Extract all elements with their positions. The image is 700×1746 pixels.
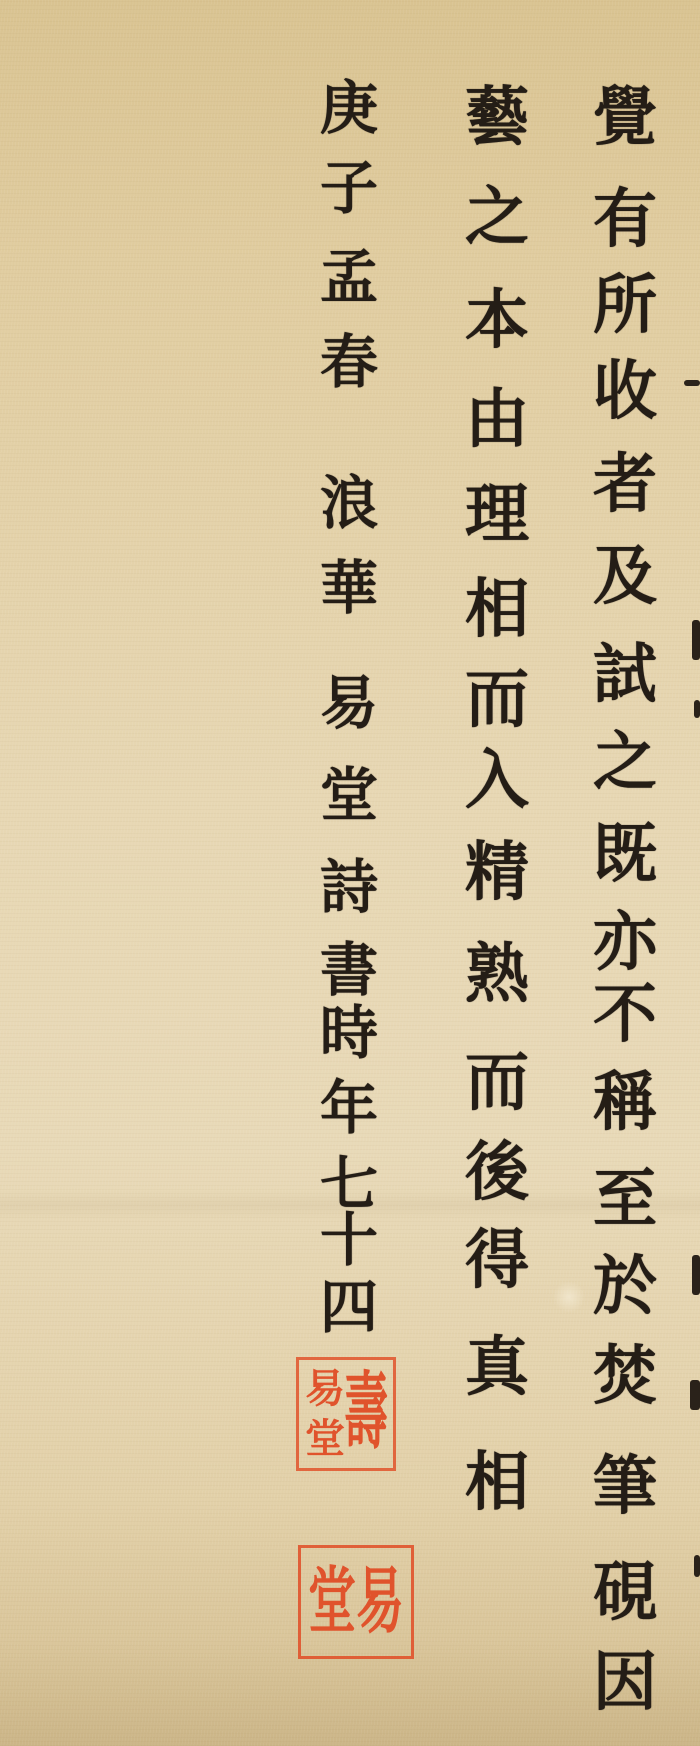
character: 華	[310, 552, 388, 624]
character: 得	[457, 1221, 537, 1301]
character: 不	[585, 975, 665, 1055]
character: 年	[310, 1072, 388, 1144]
seal-character: 易	[303, 1364, 347, 1414]
character: 覺	[585, 78, 665, 158]
character: 詩	[310, 851, 388, 923]
seal-lower: 易 堂	[298, 1545, 414, 1659]
character: 既	[585, 815, 665, 895]
character: 因	[585, 1643, 665, 1723]
character: 書	[310, 934, 388, 1006]
character: 所	[585, 266, 665, 346]
character: 理	[457, 475, 537, 555]
character: 相	[457, 1443, 537, 1523]
partial-character-stroke	[692, 1255, 700, 1295]
partial-character-stroke	[684, 380, 700, 386]
character: 硯	[585, 1553, 665, 1633]
character: 於	[585, 1247, 665, 1327]
character: 及	[585, 537, 665, 617]
character: 由	[457, 380, 537, 460]
character: 子	[310, 152, 388, 224]
main-text-column-1: 覺 有 所 收 者 及 試 之 既 亦 不 稱 至 於 焚 筆 硯 因	[585, 0, 665, 1746]
character: 本	[457, 281, 537, 361]
character: 者	[585, 445, 665, 525]
main-text-column-2: 藝 之 本 由 理 相 而 入 精 熟 而 後 得 真 相	[457, 0, 537, 1746]
partial-character-stroke	[694, 1555, 700, 1577]
character: 時	[310, 997, 388, 1069]
character: 收	[585, 352, 665, 432]
character: 浪	[310, 467, 388, 539]
seal-character: 堂	[307, 1533, 357, 1671]
character: 入	[457, 741, 537, 821]
partial-character-stroke	[692, 620, 700, 660]
seal-character: 易	[355, 1533, 405, 1671]
character: 之	[457, 178, 537, 258]
character: 稱	[585, 1063, 665, 1143]
character: 藝	[457, 78, 537, 158]
character: 堂	[310, 759, 388, 831]
partial-character-stroke	[694, 700, 700, 718]
character: 至	[585, 1160, 665, 1240]
character: 易	[310, 667, 388, 739]
character: 焚	[585, 1337, 665, 1417]
character: 亦	[585, 903, 665, 983]
character: 孟	[310, 241, 388, 313]
character: 精	[457, 833, 537, 913]
character: 後	[457, 1133, 537, 1213]
silk-stain	[552, 1282, 586, 1312]
character: 試	[585, 635, 665, 715]
character: 而	[457, 1043, 537, 1123]
partial-character-stroke	[690, 1380, 700, 1410]
character: 有	[585, 180, 665, 260]
character: 真	[457, 1328, 537, 1408]
character: 熟	[457, 935, 537, 1015]
character: 而	[457, 660, 537, 740]
character: 相	[457, 570, 537, 650]
character: 之	[585, 723, 665, 803]
character: 庚	[310, 72, 388, 144]
seal-character: 壽	[343, 1319, 389, 1509]
character: 春	[310, 326, 388, 398]
seal-character: 堂	[303, 1414, 347, 1464]
character: 十	[310, 1204, 388, 1276]
character: 筆	[585, 1447, 665, 1527]
seal-upper: 壽 易 堂	[296, 1357, 396, 1471]
